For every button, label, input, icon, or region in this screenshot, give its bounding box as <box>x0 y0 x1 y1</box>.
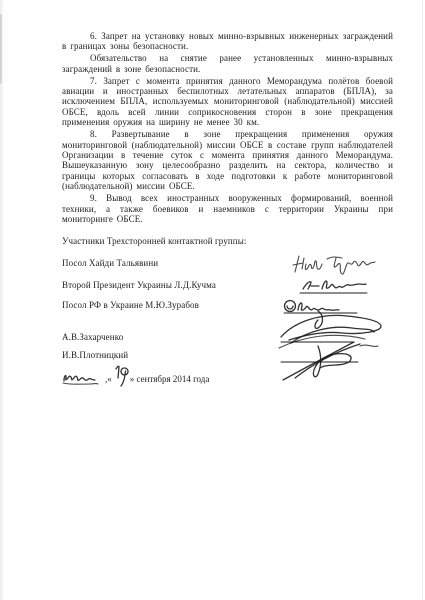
date-typed-text: сентября 2014 года <box>134 374 209 387</box>
participants-heading: Участники Трехсторонней контактной групп… <box>62 236 246 246</box>
date-line: , « » сентября 2014 года <box>62 369 209 387</box>
paragraph-6: 6. Запрет на установку новых минно-взрыв… <box>62 31 393 52</box>
signatory-name-kuchma: Второй Президент Украины Л.Д.Кучма <box>62 280 216 290</box>
signatory-name-zurabov: Посол РФ в Украине М.Ю.Зурабов <box>62 300 199 310</box>
signature-tagliavini-icon <box>292 252 376 278</box>
paragraph-9: 9. Вывод всех иностранных вооруженных фо… <box>62 193 393 224</box>
signature-plotnitsky-icon <box>275 340 381 382</box>
paragraph-6-addendum: Обязательство на снятие ранее установлен… <box>62 53 393 74</box>
paragraph-8: 8. Развертывание в зоне прекращения прим… <box>62 129 393 191</box>
paragraph-7: 7. Запрет с момента принятия данного Мем… <box>62 76 393 128</box>
handwritten-day-19-icon <box>113 363 129 387</box>
scan-edge-right <box>422 0 423 600</box>
date-open-quote: « <box>107 374 112 387</box>
scan-edge-left <box>0 0 4 600</box>
document-body: 6. Запрет на установку новых минно-взрыв… <box>62 31 393 226</box>
handwritten-city-minsk-icon <box>62 367 102 387</box>
scanned-document-page: 6. Запрет на установку новых минно-взрыв… <box>0 0 425 600</box>
signatory-name-zakharchenko: А.В.Захарченко <box>62 332 123 342</box>
scan-edge-smudge <box>0 14 2 84</box>
signature-kuchma-icon <box>299 276 369 296</box>
signatory-name-tagliavini: Посол Хайди Тальявини <box>62 258 158 268</box>
signatory-name-plotnitsky: И.В.Плотницкий <box>62 350 128 360</box>
